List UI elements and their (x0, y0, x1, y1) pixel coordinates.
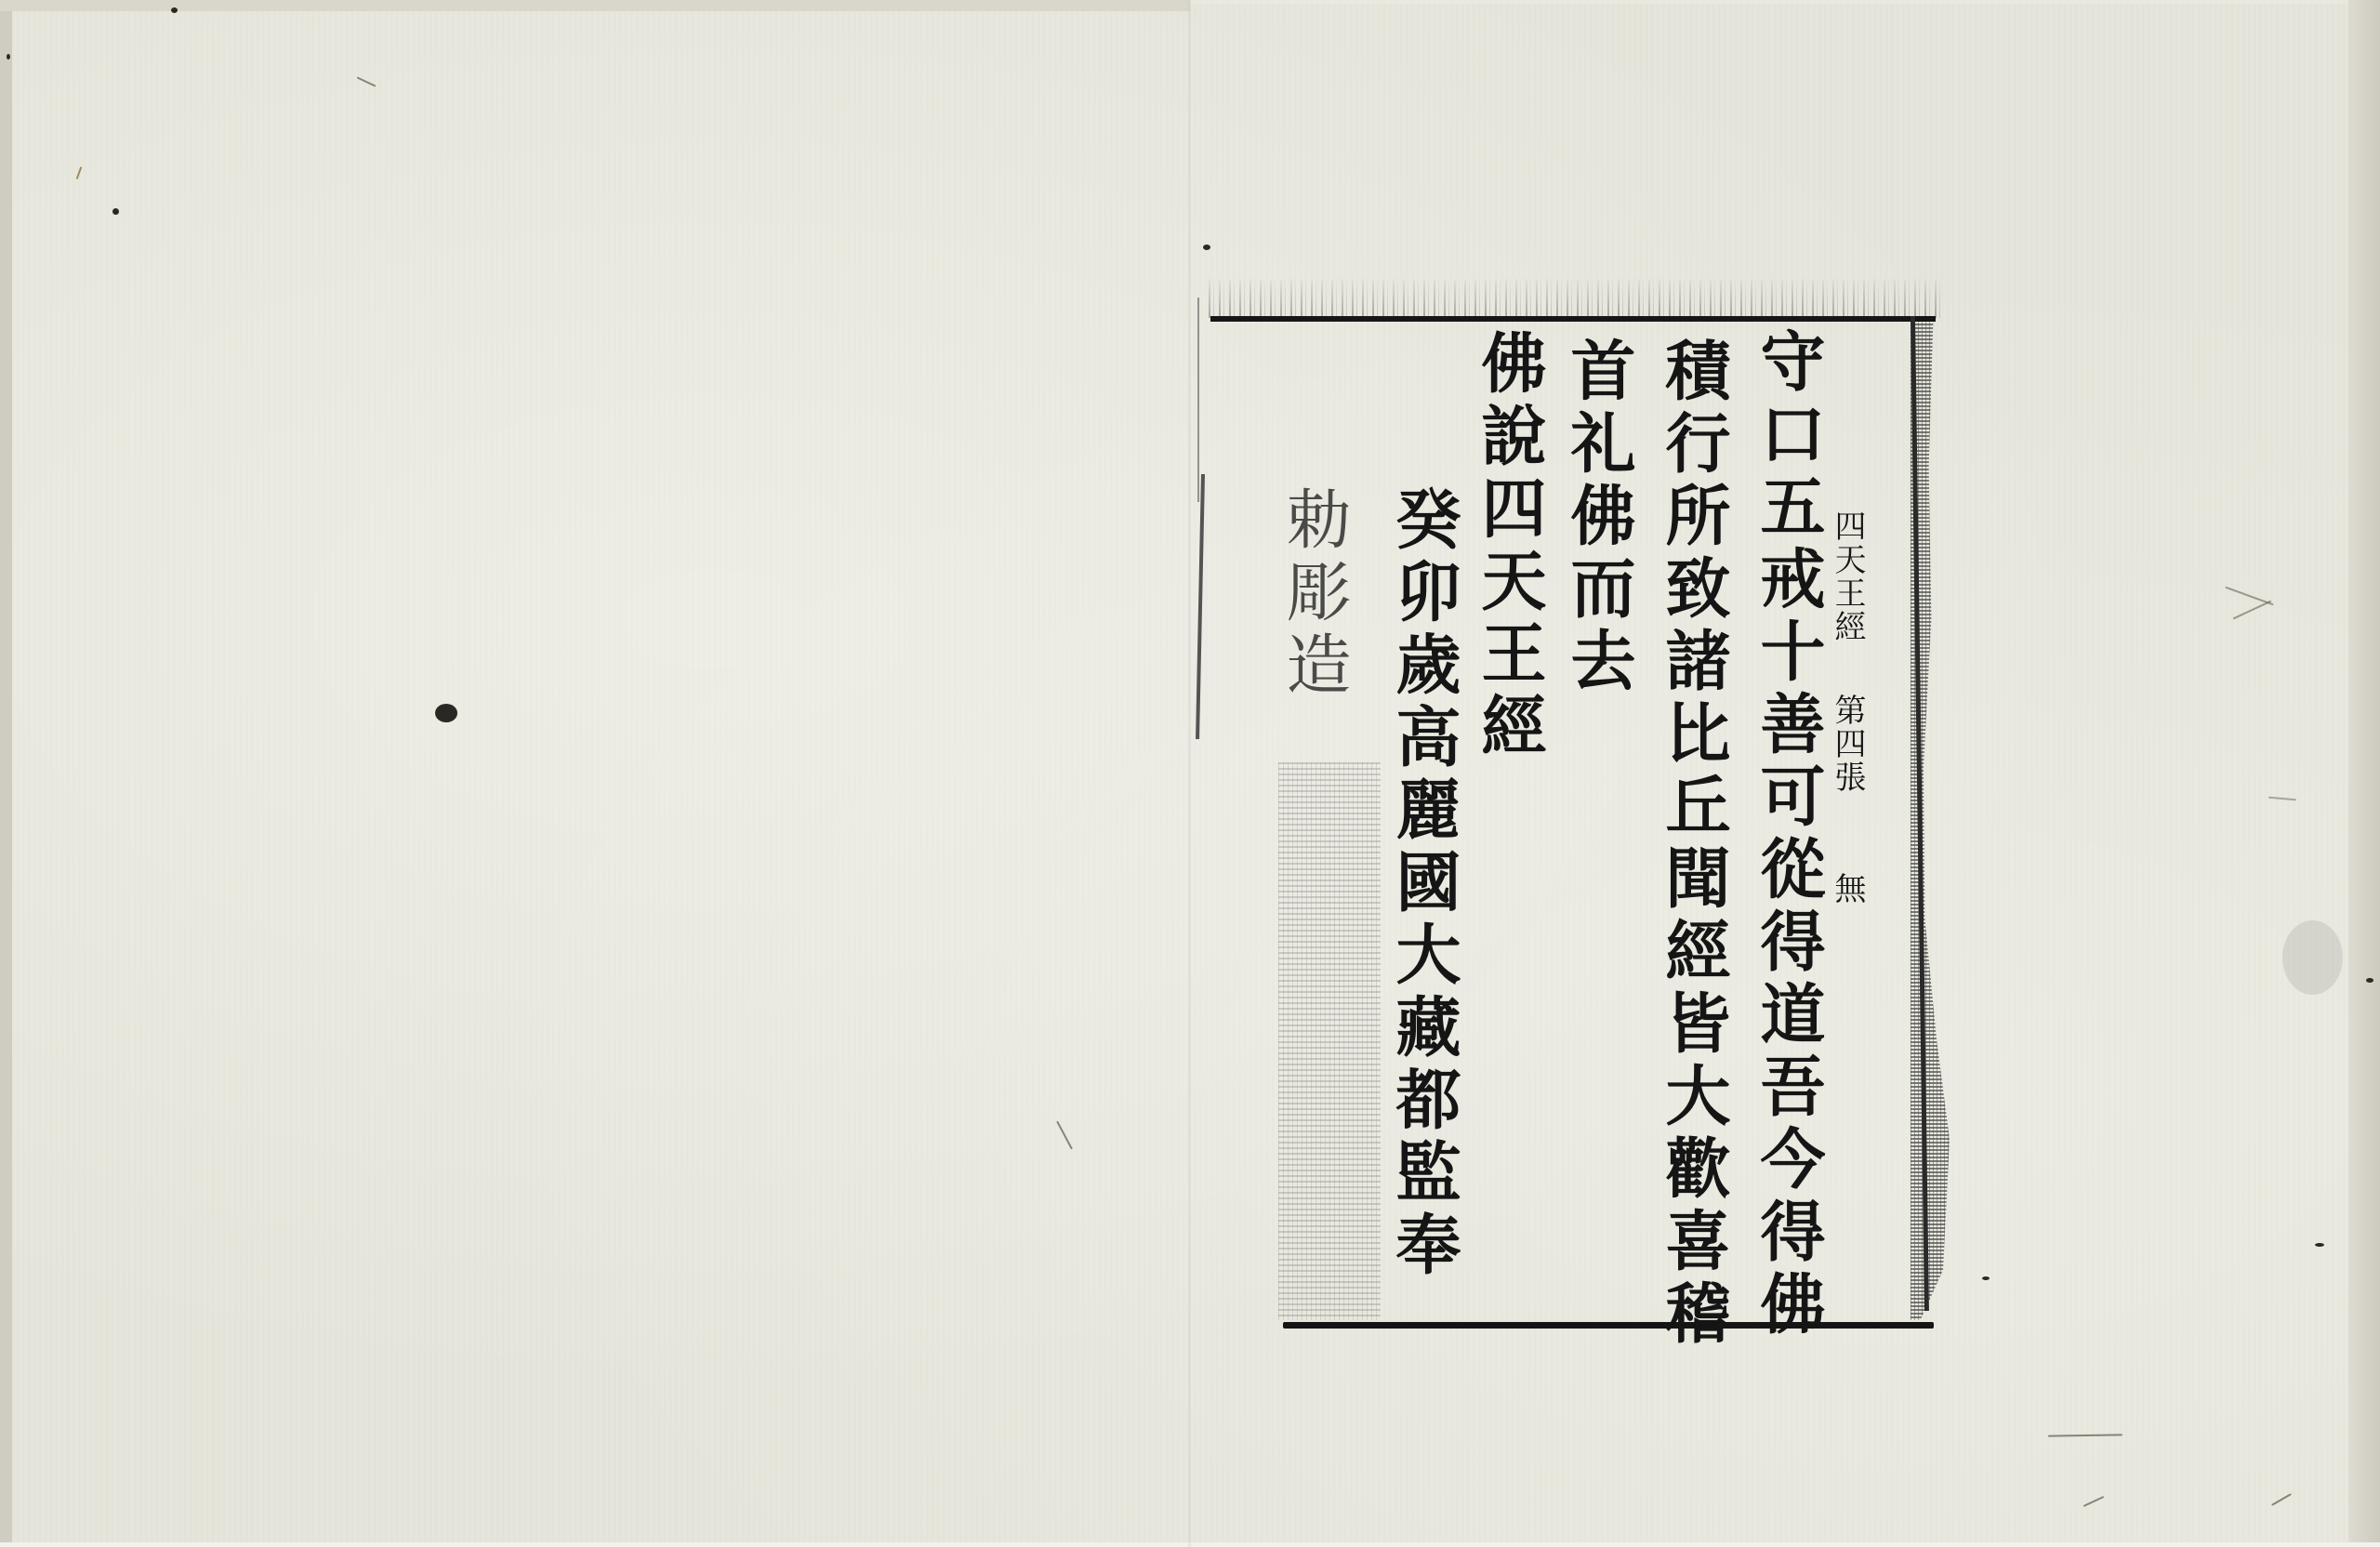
paper-right-edge (2348, 0, 2380, 1547)
faded-ink-area (1278, 762, 1381, 1320)
top-border-ink-bleed (1209, 279, 1943, 318)
text-column-1: 守口五戒十善可從得道吾今得佛 (1755, 327, 1820, 1342)
paper-top-edge-right (1190, 0, 2380, 4)
paper-top-edge (0, 0, 1190, 11)
ink-stain (2282, 920, 2343, 995)
ink-speck (2315, 1243, 2324, 1247)
text-column-4-sutra-title: 佛說四天王經 (1476, 329, 1541, 764)
marginal-note-page: 第四張 (1831, 694, 1863, 794)
ink-speck (1203, 245, 1210, 250)
ink-speck (112, 208, 119, 215)
top-border-line (1210, 316, 1936, 322)
marginal-note-title: 四天王經 (1831, 509, 1863, 643)
woodblock-print: 守口五戒十善可從得道吾今得佛 四天王經 第四張 無 積行所致諸比丘聞經皆大歡喜稽… (1190, 270, 2008, 1348)
ink-spot (435, 704, 457, 722)
text-column-6-colophon: 勅彫造 (1281, 485, 1346, 703)
left-border-line (1196, 474, 1205, 739)
text-column-5-colophon: 癸卯歲高麗國大藏都監奉 (1391, 485, 1456, 1283)
text-column-2: 積行所致諸比丘聞經皆大歡喜稽 (1660, 337, 1725, 1352)
marginal-note-mark: 無 (1831, 872, 1863, 906)
text-column-3: 首礼佛而去 (1566, 337, 1631, 699)
paper-left-edge (0, 0, 12, 1547)
ink-speck (171, 7, 178, 13)
bottom-border-line (1283, 1322, 1934, 1329)
ink-speck (2366, 978, 2373, 983)
ink-speck (7, 54, 10, 59)
left-border-faint-line (1197, 297, 1199, 502)
